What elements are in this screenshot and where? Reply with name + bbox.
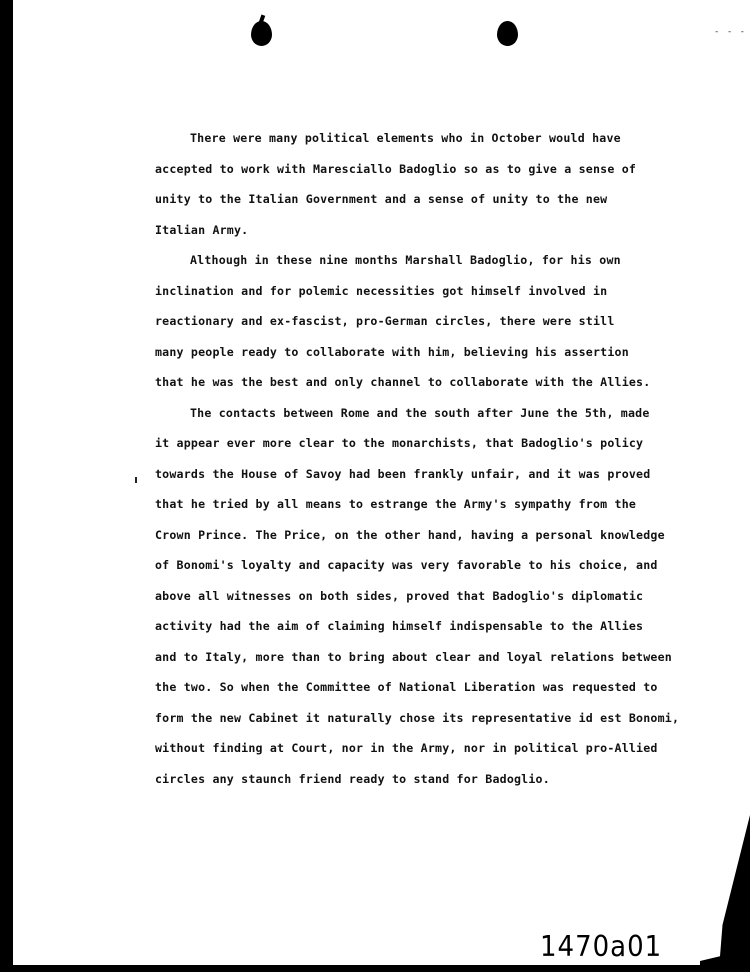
text-line: There were many political elements who i… [155, 127, 715, 158]
text-line: unity to the Italian Government and a se… [155, 188, 715, 219]
document-body: There were many political elements who i… [155, 127, 715, 798]
text-line: towards the House of Savoy had been fran… [155, 463, 715, 494]
punch-hole-icon [251, 21, 272, 46]
text-line: that he tried by all means to estrange t… [155, 493, 715, 524]
text-line: accepted to work with Maresciallo Badogl… [155, 158, 715, 189]
text-line: many people ready to collaborate with hi… [155, 341, 715, 372]
margin-mark [135, 477, 137, 483]
text-line: that he was the best and only channel to… [155, 371, 715, 402]
text-line: of Bonomi's loyalty and capacity was ver… [155, 554, 715, 585]
text-line: Italian Army. [155, 219, 715, 250]
punch-hole-icon [497, 21, 518, 46]
text-line: and to Italy, more than to bring about c… [155, 646, 715, 677]
text-line: above all witnesses on both sides, prove… [155, 585, 715, 616]
paragraph: Although in these nine months Marshall B… [155, 249, 715, 402]
text-line: Crown Prince. The Price, on the other ha… [155, 524, 715, 555]
text-line: the two. So when the Committee of Nation… [155, 676, 715, 707]
text-line: reactionary and ex-fascist, pro-German c… [155, 310, 715, 341]
scan-right-wedge [700, 815, 750, 972]
corner-mark: - - - [714, 27, 746, 37]
paragraph: The contacts between Rome and the south … [155, 402, 715, 799]
text-line: form the new Cabinet it naturally chose … [155, 707, 715, 738]
text-line: circles any staunch friend ready to stan… [155, 768, 715, 799]
paragraph: There were many political elements who i… [155, 127, 715, 249]
text-line: it appear ever more clear to the monarch… [155, 432, 715, 463]
text-line: Although in these nine months Marshall B… [155, 249, 715, 280]
scan-left-edge [0, 0, 13, 972]
text-line: The contacts between Rome and the south … [155, 402, 715, 433]
text-line: inclination and for polemic necessities … [155, 280, 715, 311]
text-line: without finding at Court, nor in the Arm… [155, 737, 715, 768]
scan-bottom-edge [0, 965, 750, 972]
text-line: activity had the aim of claiming himself… [155, 615, 715, 646]
handwritten-document-id: 1470a01 [540, 931, 662, 964]
